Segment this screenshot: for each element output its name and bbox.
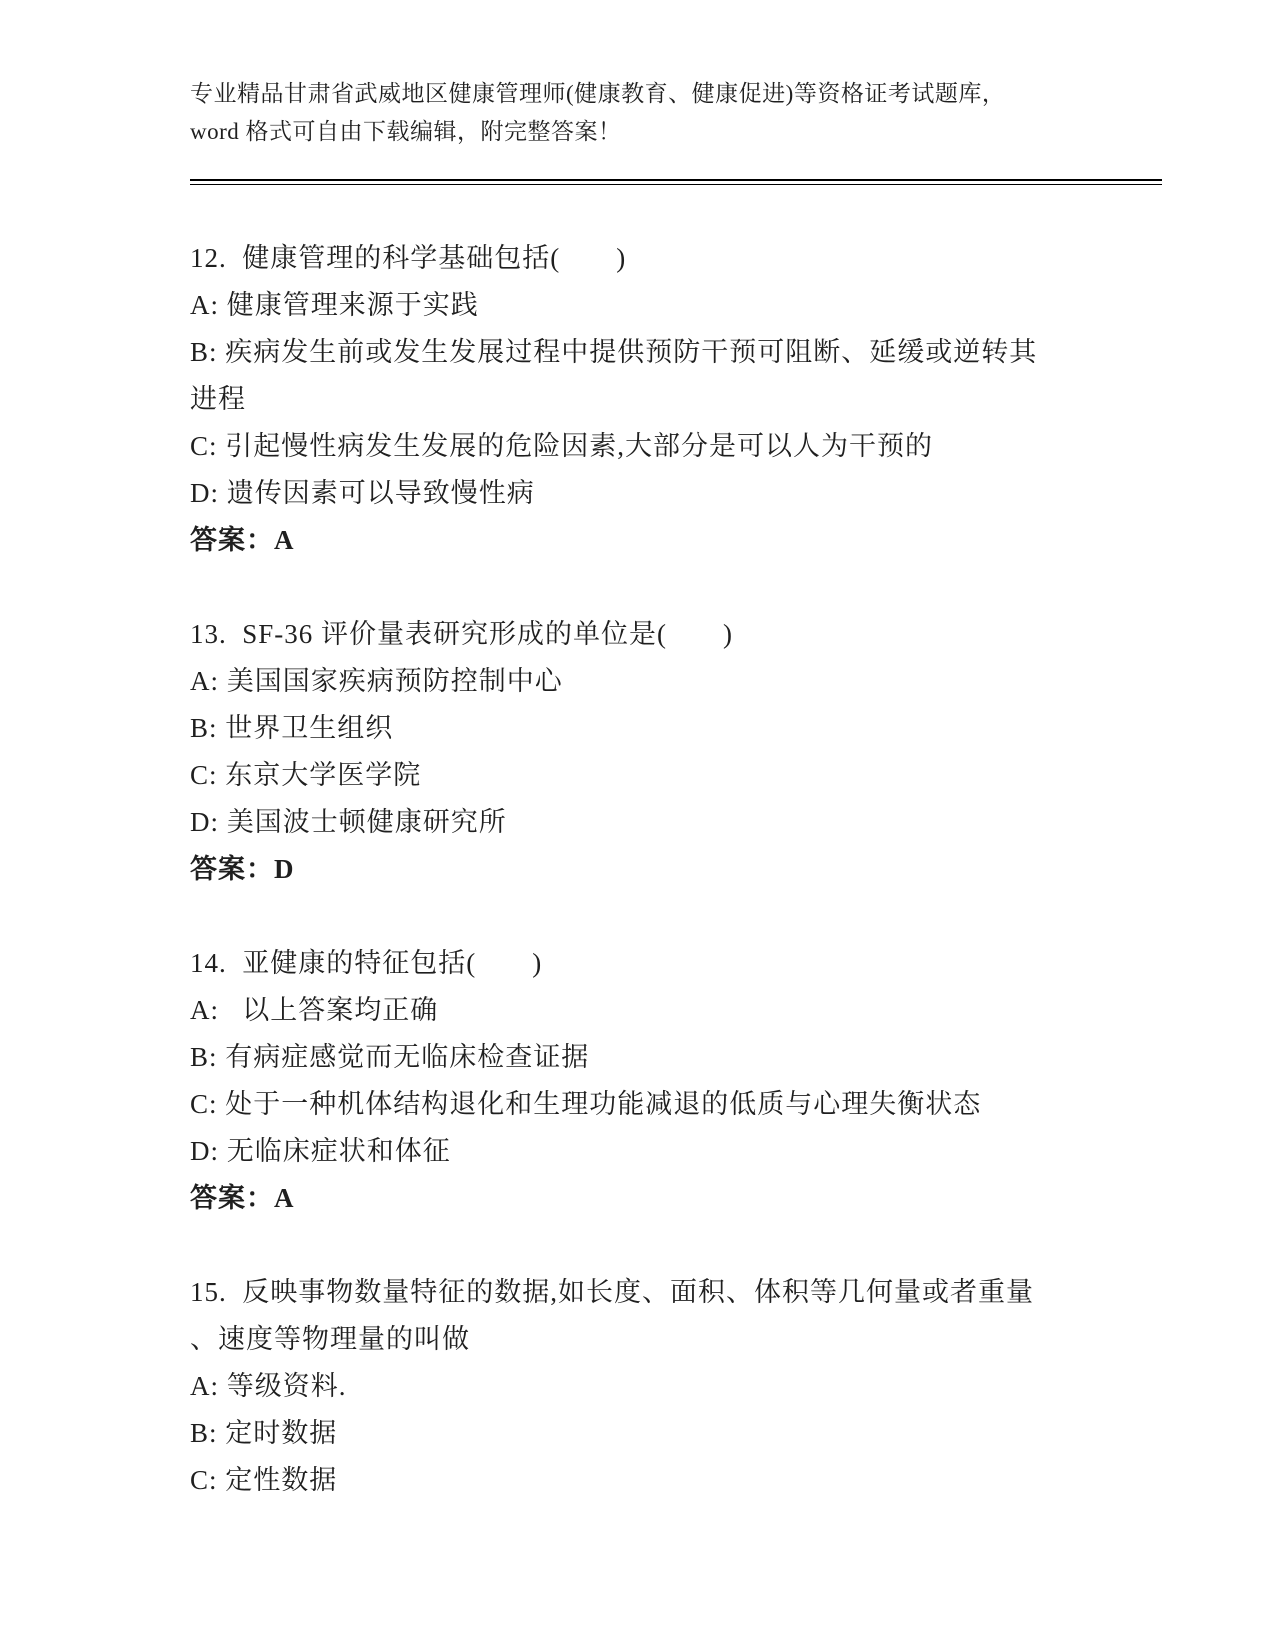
question-14-option-a: A: 以上答案均正确 xyxy=(190,987,1162,1034)
question-13-title: 13. SF-36 评价量表研究形成的单位是( ) xyxy=(190,611,1162,658)
question-12-option-c: C: 引起慢性病发生发展的危险因素,大部分是可以人为干预的 xyxy=(190,423,1162,470)
question-13-option-c: C: 东京大学医学院 xyxy=(190,752,1162,799)
question-14-option-b: B: 有病症感觉而无临床检查证据 xyxy=(190,1034,1162,1081)
question-14-option-c: C: 处于一种机体结构退化和生理功能减退的低质与心理失衡状态 xyxy=(190,1081,1162,1128)
question-13: 13. SF-36 评价量表研究形成的单位是( ) A: 美国国家疾病预防控制中… xyxy=(190,611,1162,893)
question-15-option-a: A: 等级资料. xyxy=(190,1363,1162,1410)
question-12-option-a: A: 健康管理来源于实践 xyxy=(190,282,1162,329)
question-14-option-d: D: 无临床症状和体征 xyxy=(190,1128,1162,1175)
question-14-answer: 答案：A xyxy=(190,1175,1162,1222)
question-12: 12. 健康管理的科学基础包括( ) A: 健康管理来源于实践 B: 疾病发生前… xyxy=(190,235,1162,564)
document-page: 专业精品甘肃省武威地区健康管理师(健康教育、健康促进)等资格证考试题库， wor… xyxy=(0,0,1275,1650)
header-line-2: word 格式可自由下载编辑，附完整答案！ xyxy=(190,113,1162,151)
question-12-answer: 答案：A xyxy=(190,517,1162,564)
header-line-1: 专业精品甘肃省武威地区健康管理师(健康教育、健康促进)等资格证考试题库， xyxy=(190,75,1162,113)
question-13-answer: 答案：D xyxy=(190,846,1162,893)
question-15-title-line-2: 、速度等物理量的叫做 xyxy=(190,1316,1162,1363)
question-15-option-c: C: 定性数据 xyxy=(190,1457,1162,1504)
question-15-option-b: B: 定时数据 xyxy=(190,1410,1162,1457)
question-12-option-d: D: 遗传因素可以导致慢性病 xyxy=(190,470,1162,517)
document-body: 12. 健康管理的科学基础包括( ) A: 健康管理来源于实践 B: 疾病发生前… xyxy=(190,185,1162,1504)
document-header: 专业精品甘肃省武威地区健康管理师(健康教育、健康促进)等资格证考试题库， wor… xyxy=(190,75,1162,151)
question-12-option-b-continued: 进程 xyxy=(190,376,1162,423)
question-13-option-d: D: 美国波士顿健康研究所 xyxy=(190,799,1162,846)
question-14-title: 14. 亚健康的特征包括( ) xyxy=(190,940,1162,987)
question-12-option-b: B: 疾病发生前或发生发展过程中提供预防干预可阻断、延缓或逆转其 xyxy=(190,329,1162,376)
question-13-option-a: A: 美国国家疾病预防控制中心 xyxy=(190,658,1162,705)
question-13-option-b: B: 世界卫生组织 xyxy=(190,705,1162,752)
question-15: 15. 反映事物数量特征的数据,如长度、面积、体积等几何量或者重量 、速度等物理… xyxy=(190,1269,1162,1504)
question-15-title-line-1: 15. 反映事物数量特征的数据,如长度、面积、体积等几何量或者重量 xyxy=(190,1269,1162,1316)
question-12-title: 12. 健康管理的科学基础包括( ) xyxy=(190,235,1162,282)
question-14: 14. 亚健康的特征包括( ) A: 以上答案均正确 B: 有病症感觉而无临床检… xyxy=(190,940,1162,1222)
